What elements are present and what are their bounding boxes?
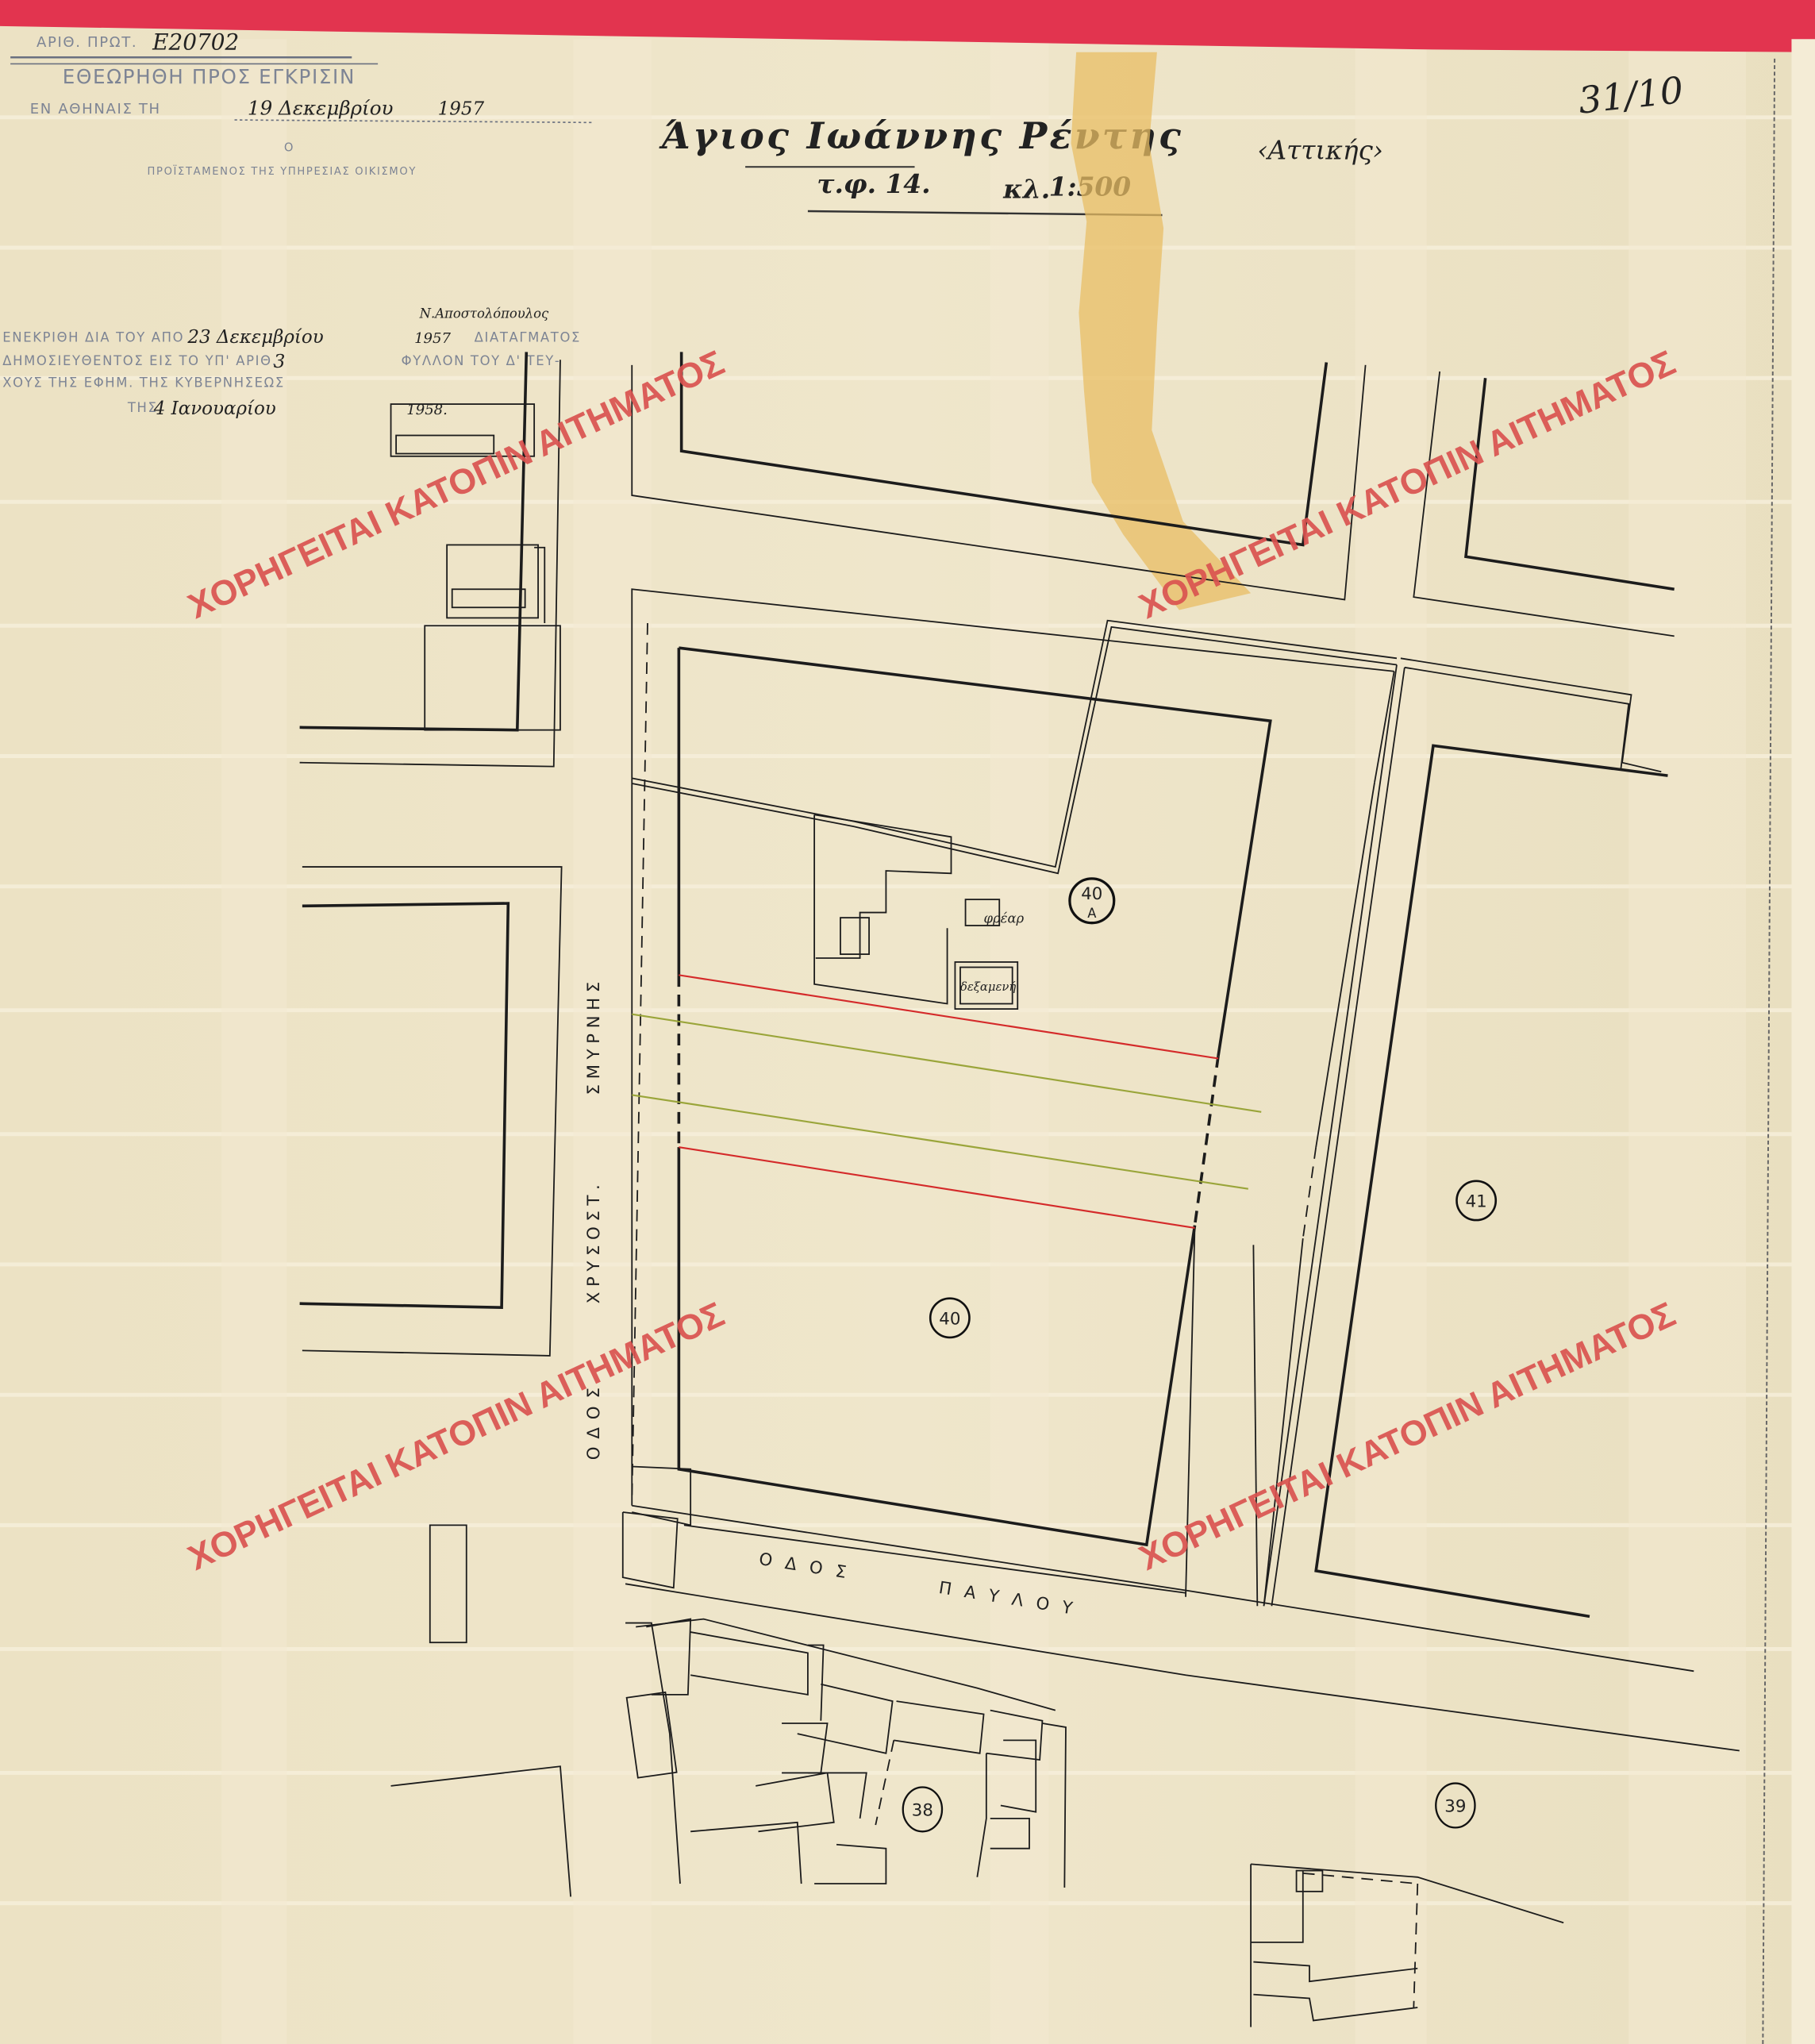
feature-cistern-label: δεξαμενή — [960, 980, 1016, 994]
block-40-number: 40 — [939, 1309, 960, 1329]
planning-map-sheet: ΑΡΙΘ. ΠΡΩΤ. Ε20702 ΕΘΕΩΡΗΘΗ ΠΡΟΣ ΕΓΚΡΙΣΙ… — [0, 0, 1815, 2044]
street-chrysost-part2: ΧΡΥΣΟΣΤ. — [584, 1180, 604, 1304]
block-39-number: 39 — [1444, 1797, 1466, 1817]
approval-signature: Ν.Αποστολόπουλος — [419, 306, 549, 321]
protocol-number: Ε20702 — [152, 29, 239, 55]
approval-line2-label: ΔΗΜΟΣΙΕΥΘΕΝΤΟΣ ΕΙΣ ΤΟ ΥΠ' ΑΡΙΘ. — [2, 353, 277, 368]
right-paper-edge — [1791, 39, 1815, 2044]
approval-line2-value: 3 — [274, 352, 286, 372]
approval-line2-suffix: ΦΥΛΛΟΝ ΤΟΥ Δ' ΤΕΥ- — [402, 353, 561, 368]
block-41-number: 41 — [1466, 1192, 1487, 1212]
approval-line1-date: 23 Δεκεμβρίου — [186, 327, 323, 348]
sheet-reference: τ.φ. 14. — [817, 168, 930, 199]
place-date-year: 1957 — [438, 99, 485, 120]
header-article: Ο — [284, 141, 294, 154]
review-stamp: ΕΘΕΩΡΗΘΗ ΠΡΟΣ ΕΓΚΡΙΣΙΝ — [63, 65, 356, 88]
title-region: ‹Αττικής› — [1257, 135, 1383, 165]
approval-line3: ΧΟΥΣ ΤΗΣ ΕΦΗΜ. ΤΗΣ ΚΥΒΕΡΝΗΣΕΩΣ — [2, 375, 285, 391]
feature-well-label: φρέαρ — [984, 911, 1025, 926]
block-40a-number: 40 — [1081, 884, 1102, 904]
place-date-label: ΕΝ ΑΘΗΝΑΙΣ ΤΗ — [30, 101, 161, 117]
approval-line1-year: 1957 — [414, 330, 451, 347]
approval-line1-label: ΕΝΕΚΡΙΘΗ ΔΙΑ ΤΟΥ ΑΠΟ — [2, 329, 184, 345]
approval-line4-date: 4 Ιανουαρίου — [153, 398, 276, 419]
block-38-number: 38 — [912, 1801, 933, 1821]
street-chrysost-part3: ΣΜΥΡΝΗΣ — [584, 976, 604, 1095]
scale-label: κλ. — [1002, 174, 1050, 205]
block-40a-suffix: Α — [1087, 906, 1097, 921]
approval-line1-suffix: ΔΙΑΤΑΓΜΑΤΟΣ — [475, 329, 581, 345]
signatory-title: ΠΡΟΪΣΤΑΜΕΝΟΣ ΤΗΣ ΥΠΗΡΕΣΙΑΣ ΟΙΚΙΣΜΟΥ — [148, 165, 417, 178]
protocol-label: ΑΡΙΘ. ΠΡΩΤ. — [37, 34, 137, 51]
place-date-value: 19 Δεκεμβρίου — [248, 97, 394, 120]
